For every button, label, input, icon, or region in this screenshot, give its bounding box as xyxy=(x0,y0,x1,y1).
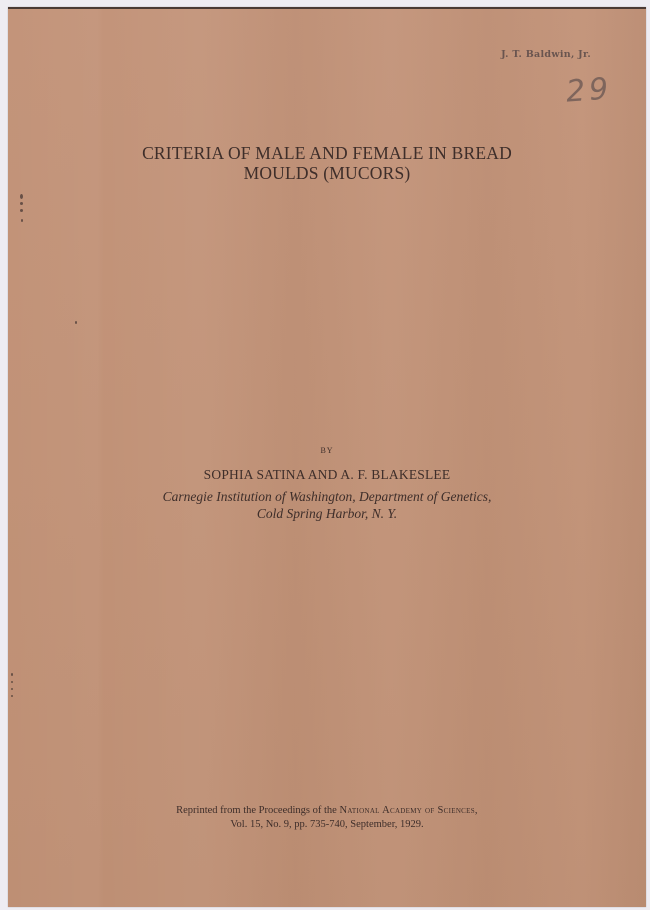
scan-background: J. T. Baldwin, Jr. 29 CRITERIA OF MALE A… xyxy=(0,0,650,910)
document-title: CRITERIA OF MALE AND FEMALE IN BREAD MOU… xyxy=(8,143,646,183)
reprint-line-1: Reprinted from the Proceedings of the Na… xyxy=(8,804,646,818)
reprint-prefix: Reprinted from the Proceedings of the xyxy=(176,805,339,816)
binding-mark xyxy=(20,209,23,212)
title-line-1: CRITERIA OF MALE AND FEMALE IN BREAD xyxy=(8,143,646,163)
affiliation-line-1: Carnegie Institution of Washington, Depa… xyxy=(8,488,646,505)
document-page: J. T. Baldwin, Jr. 29 CRITERIA OF MALE A… xyxy=(8,7,646,907)
authors: SOPHIA SATINA AND A. F. BLAKESLEE xyxy=(8,467,646,483)
binding-mark xyxy=(21,219,23,222)
binding-mark xyxy=(11,695,13,697)
binding-mark xyxy=(11,673,13,676)
by-label: BY xyxy=(8,446,646,455)
binding-mark xyxy=(11,681,13,683)
binding-mark xyxy=(20,202,23,205)
handwritten-note: 29 xyxy=(565,71,614,109)
affiliation: Carnegie Institution of Washington, Depa… xyxy=(8,488,646,522)
binding-mark xyxy=(75,321,77,324)
title-line-2: MOULDS (MUCORS) xyxy=(8,163,646,183)
binding-mark xyxy=(11,688,13,690)
reprint-journal: National Academy of Sciences, xyxy=(339,805,477,816)
affiliation-line-2: Cold Spring Harbor, N. Y. xyxy=(8,505,646,522)
owner-stamp: J. T. Baldwin, Jr. xyxy=(501,49,591,60)
binding-mark xyxy=(20,194,23,199)
reprint-notice: Reprinted from the Proceedings of the Na… xyxy=(8,804,646,832)
reprint-line-2: Vol. 15, No. 9, pp. 735-740, September, … xyxy=(8,818,646,832)
